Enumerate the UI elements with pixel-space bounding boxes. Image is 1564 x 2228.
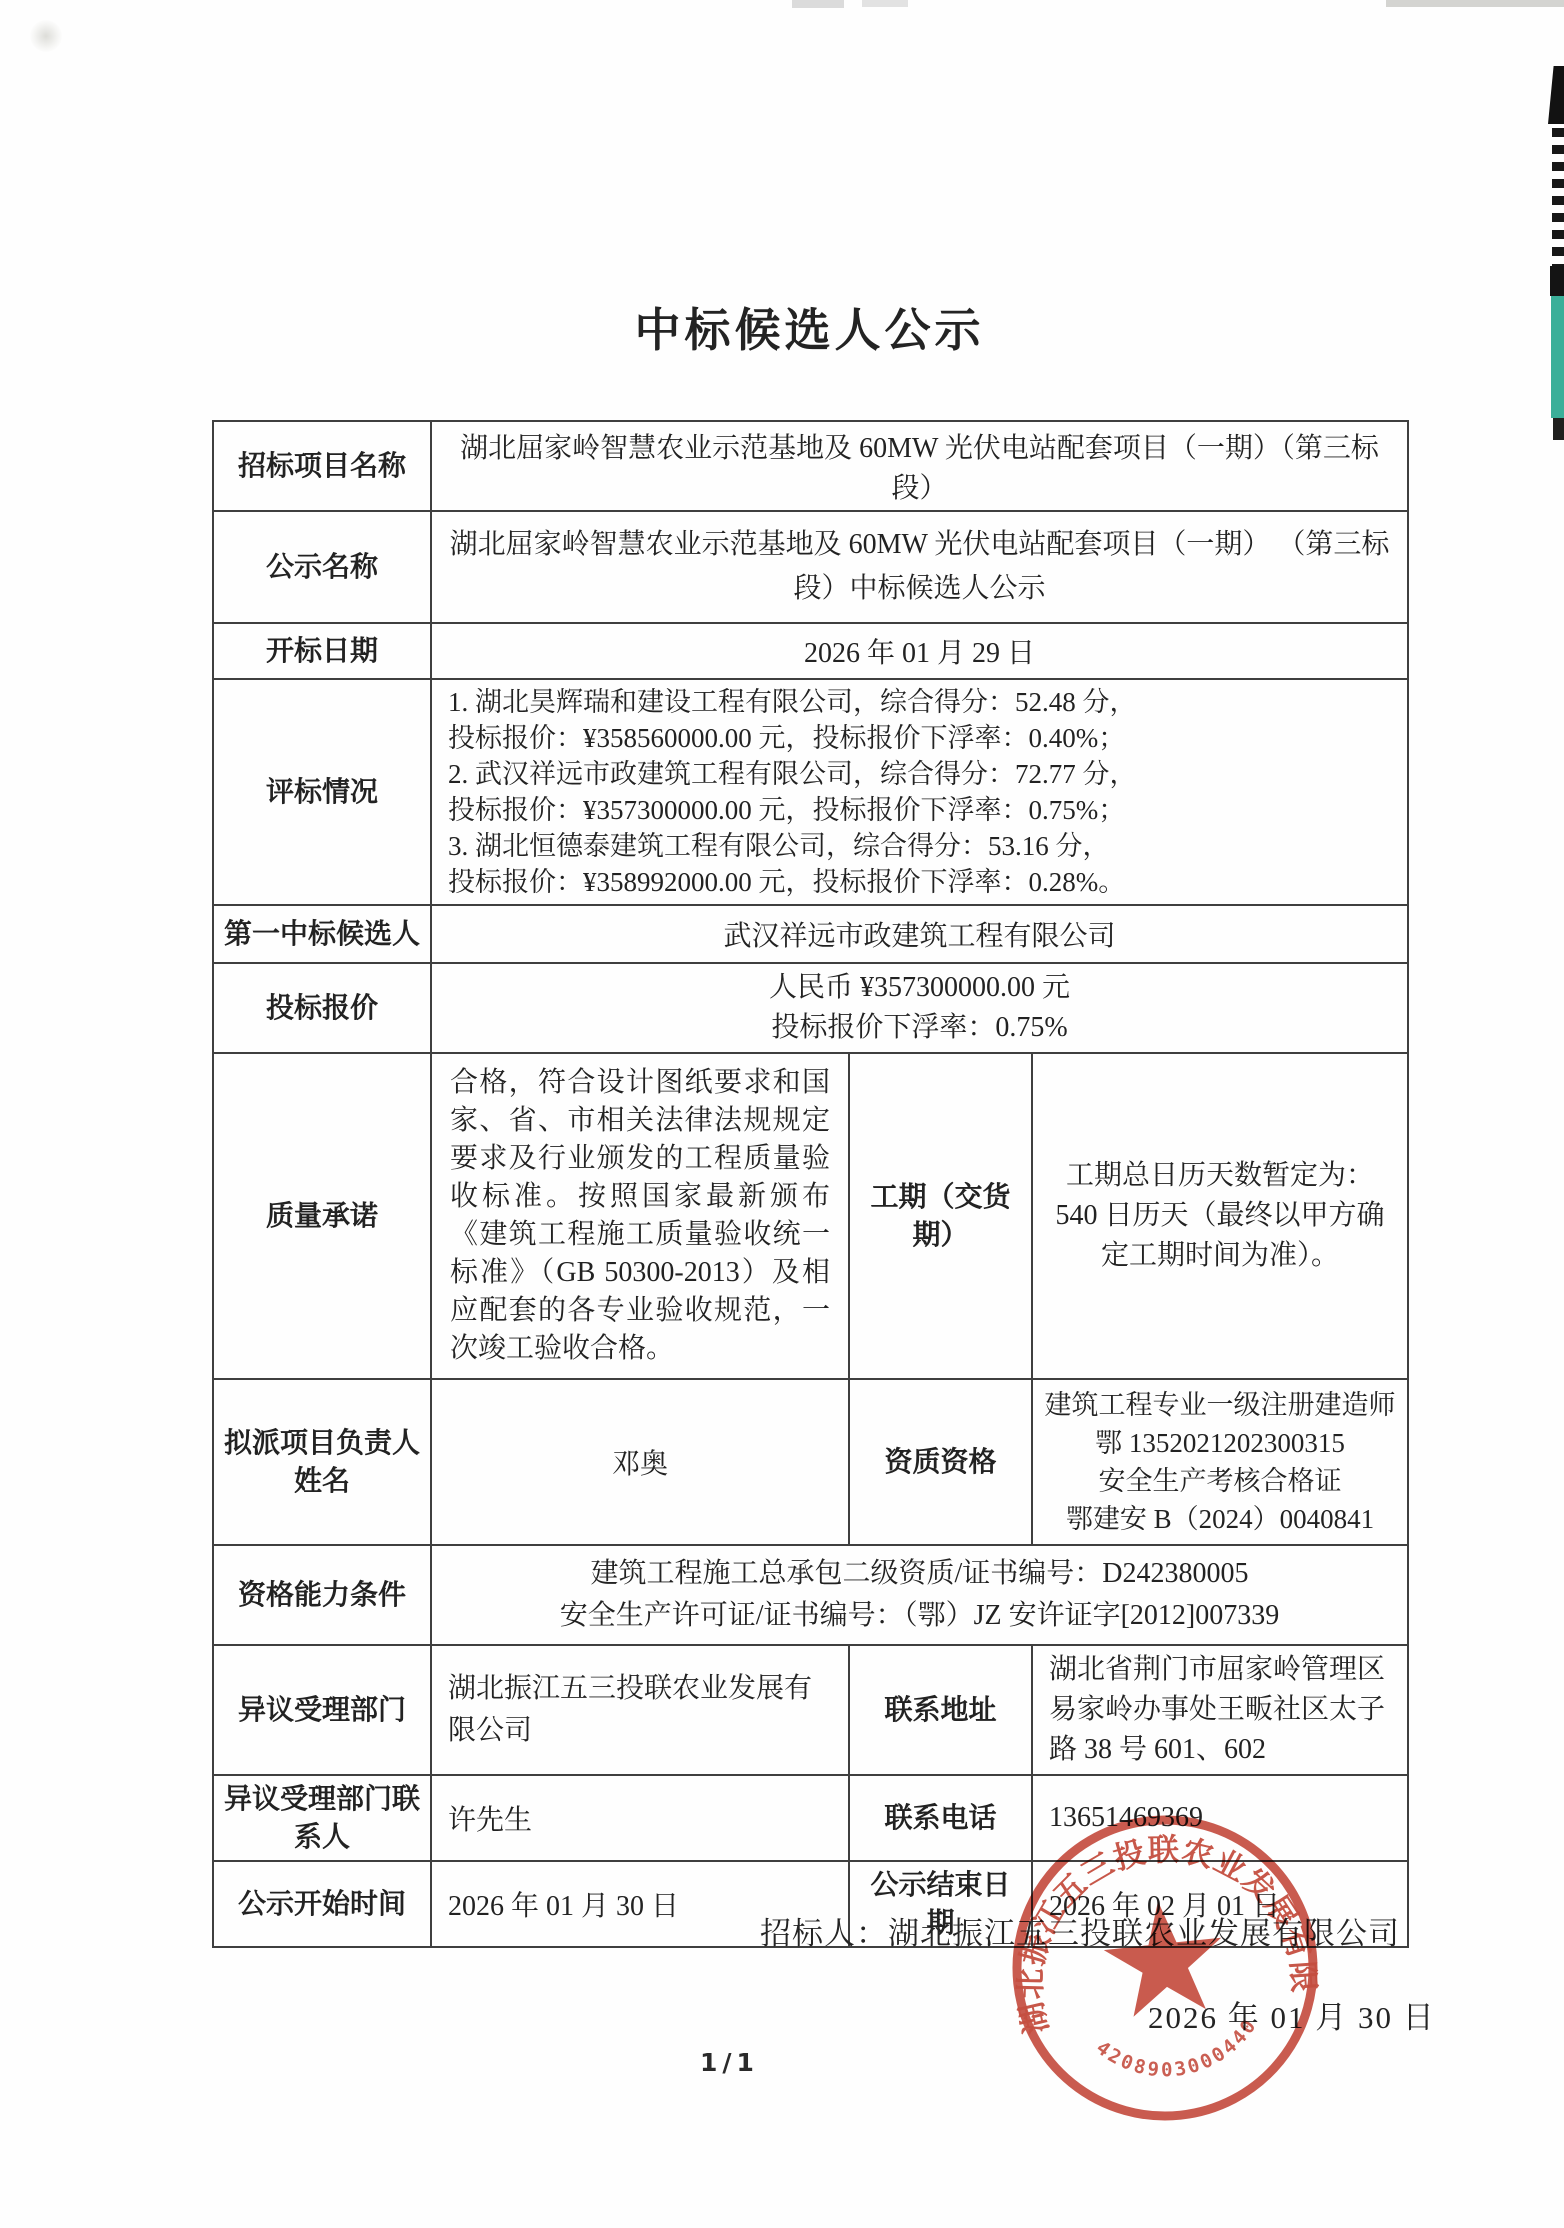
qualification-line: 鄂 1352021202300315: [1041, 1424, 1399, 1462]
value-first-candidate: 武汉祥远市政建筑工程有限公司: [431, 905, 1408, 963]
capability-line: 安全生产许可证/证书编号：（鄂）JZ 安许证字[2012]007339: [442, 1595, 1397, 1637]
scan-edge-artifact: [1386, 0, 1564, 7]
value-contact-address: 湖北省荆门市屈家岭管理区易家岭办事处王畈社区太子路 38 号 601、602: [1032, 1645, 1408, 1775]
label-publicity-start: 公示开始时间: [213, 1861, 431, 1947]
table-row: 公示名称 湖北屈家岭智慧农业示范基地及 60MW 光伏电站配套项目（一期） （第…: [213, 511, 1408, 623]
qualification-line: 建筑工程专业一级注册建造师: [1041, 1386, 1399, 1424]
seal-star-icon: [1099, 1895, 1228, 2019]
label-objection-contact: 异议受理部门联系人: [213, 1775, 431, 1861]
scanned-document-page: 中标候选人公示 招标项目名称 湖北屈家岭智慧农业示范基地及 60MW 光伏电站配…: [0, 0, 1564, 2228]
value-qualifications: 建筑工程专业一级注册建造师 鄂 1352021202300315 安全生产考核合…: [1032, 1379, 1408, 1545]
value-construction-period: 工期总日历天数暂定为：540 日历天（最终以甲方确定工期时间为准）。: [1032, 1053, 1408, 1379]
scan-edge-artifact: [1548, 66, 1564, 124]
page-title: 中标候选人公示: [212, 294, 1407, 360]
table-row: 资格能力条件 建筑工程施工总承包二级资质/证书编号：D242380005 安全生…: [213, 1545, 1408, 1645]
evaluation-line: 投标报价：¥357300000.00 元，投标报价下浮率：0.75%；: [448, 792, 1397, 828]
table-row: 异议受理部门 湖北振江五三投联农业发展有限公司 联系地址 湖北省荆门市屈家岭管理…: [213, 1645, 1408, 1775]
value-bid-opening-date: 2026 年 01 月 29 日: [431, 623, 1408, 679]
bid-price-amount: 人民币 ¥357300000.00 元: [442, 968, 1397, 1008]
bid-price-discount: 投标报价下浮率：0.75%: [442, 1008, 1397, 1048]
evaluation-line: 1. 湖北昊辉瑞和建设工程有限公司，综合得分：52.48 分，: [448, 684, 1397, 720]
value-quality-commitment: 合格，符合设计图纸要求和国家、省、市相关法律法规规定要求及行业颁发的工程质量验收…: [431, 1053, 849, 1379]
value-project-manager: 邓奥: [431, 1379, 849, 1545]
table-row: 投标报价 人民币 ¥357300000.00 元 投标报价下浮率：0.75%: [213, 963, 1408, 1053]
svg-text:4208903000440: 4208903000440: [1089, 2012, 1266, 2090]
value-bid-project-name: 湖北屈家岭智慧农业示范基地及 60MW 光伏电站配套项目（一期）（第三标段）: [431, 421, 1408, 511]
value-capability-conditions: 建筑工程施工总承包二级资质/证书编号：D242380005 安全生产许可证/证书…: [431, 1545, 1408, 1645]
evaluation-line: 3. 湖北恒德泰建筑工程有限公司，综合得分：53.16 分，: [448, 828, 1397, 864]
value-objection-contact: 许先生: [431, 1775, 849, 1861]
announcement-table: 招标项目名称 湖北屈家岭智慧农业示范基地及 60MW 光伏电站配套项目（一期）（…: [212, 420, 1409, 1948]
capability-line: 建筑工程施工总承包二级资质/证书编号：D242380005: [442, 1553, 1397, 1595]
scan-edge-artifact: [862, 0, 908, 7]
label-bid-project-name: 招标项目名称: [213, 421, 431, 511]
scan-edge-artifact: [1551, 296, 1564, 418]
scan-edge-artifact: [1552, 128, 1564, 266]
table-row: 招标项目名称 湖北屈家岭智慧农业示范基地及 60MW 光伏电站配套项目（一期）（…: [213, 421, 1408, 511]
page-number: 1/1: [700, 2048, 759, 2077]
scan-edge-artifact: [1550, 266, 1564, 296]
value-objection-department: 湖北振江五三投联农业发展有限公司: [431, 1645, 849, 1775]
scan-edge-artifact: [1553, 418, 1564, 440]
label-construction-period: 工期（交货期）: [849, 1053, 1032, 1379]
label-announcement-name: 公示名称: [213, 511, 431, 623]
label-bid-opening-date: 开标日期: [213, 623, 431, 679]
label-quality-commitment: 质量承诺: [213, 1053, 431, 1379]
value-evaluation-status: 1. 湖北昊辉瑞和建设工程有限公司，综合得分：52.48 分， 投标报价：¥35…: [431, 679, 1408, 905]
company-seal-stamp: 湖北振江五三投联农业发展有限公司 4208903000440: [981, 1779, 1349, 2156]
table-row: 第一中标候选人 武汉祥远市政建筑工程有限公司: [213, 905, 1408, 963]
table-row: 评标情况 1. 湖北昊辉瑞和建设工程有限公司，综合得分：52.48 分， 投标报…: [213, 679, 1408, 905]
table-row: 质量承诺 合格，符合设计图纸要求和国家、省、市相关法律法规规定要求及行业颁发的工…: [213, 1053, 1408, 1379]
scan-edge-artifact: [792, 0, 844, 8]
value-announcement-name: 湖北屈家岭智慧农业示范基地及 60MW 光伏电站配套项目（一期） （第三标段）中…: [431, 511, 1408, 623]
qualification-line: 鄂建安 B（2024）0040841: [1041, 1500, 1399, 1538]
evaluation-line: 投标报价：¥358560000.00 元，投标报价下浮率：0.40%；: [448, 720, 1397, 756]
value-bid-price: 人民币 ¥357300000.00 元 投标报价下浮率：0.75%: [431, 963, 1408, 1053]
label-capability-conditions: 资格能力条件: [213, 1545, 431, 1645]
label-qualifications: 资质资格: [849, 1379, 1032, 1545]
label-project-manager: 拟派项目负责人姓名: [213, 1379, 431, 1545]
table-row: 开标日期 2026 年 01 月 29 日: [213, 623, 1408, 679]
label-evaluation-status: 评标情况: [213, 679, 431, 905]
seal-registration-number: 4208903000440: [1089, 2012, 1266, 2090]
evaluation-line: 2. 武汉祥远市政建筑工程有限公司，综合得分：72.77 分，: [448, 756, 1397, 792]
label-bid-price: 投标报价: [213, 963, 431, 1053]
scan-smudge-artifact: [30, 20, 62, 52]
evaluation-line: 投标报价：¥358992000.00 元，投标报价下浮率：0.28%。: [448, 864, 1397, 900]
table-row: 拟派项目负责人姓名 邓奥 资质资格 建筑工程专业一级注册建造师 鄂 135202…: [213, 1379, 1408, 1545]
label-contact-address: 联系地址: [849, 1645, 1032, 1775]
qualification-line: 安全生产考核合格证: [1041, 1462, 1399, 1500]
label-objection-department: 异议受理部门: [213, 1645, 431, 1775]
label-first-candidate: 第一中标候选人: [213, 905, 431, 963]
